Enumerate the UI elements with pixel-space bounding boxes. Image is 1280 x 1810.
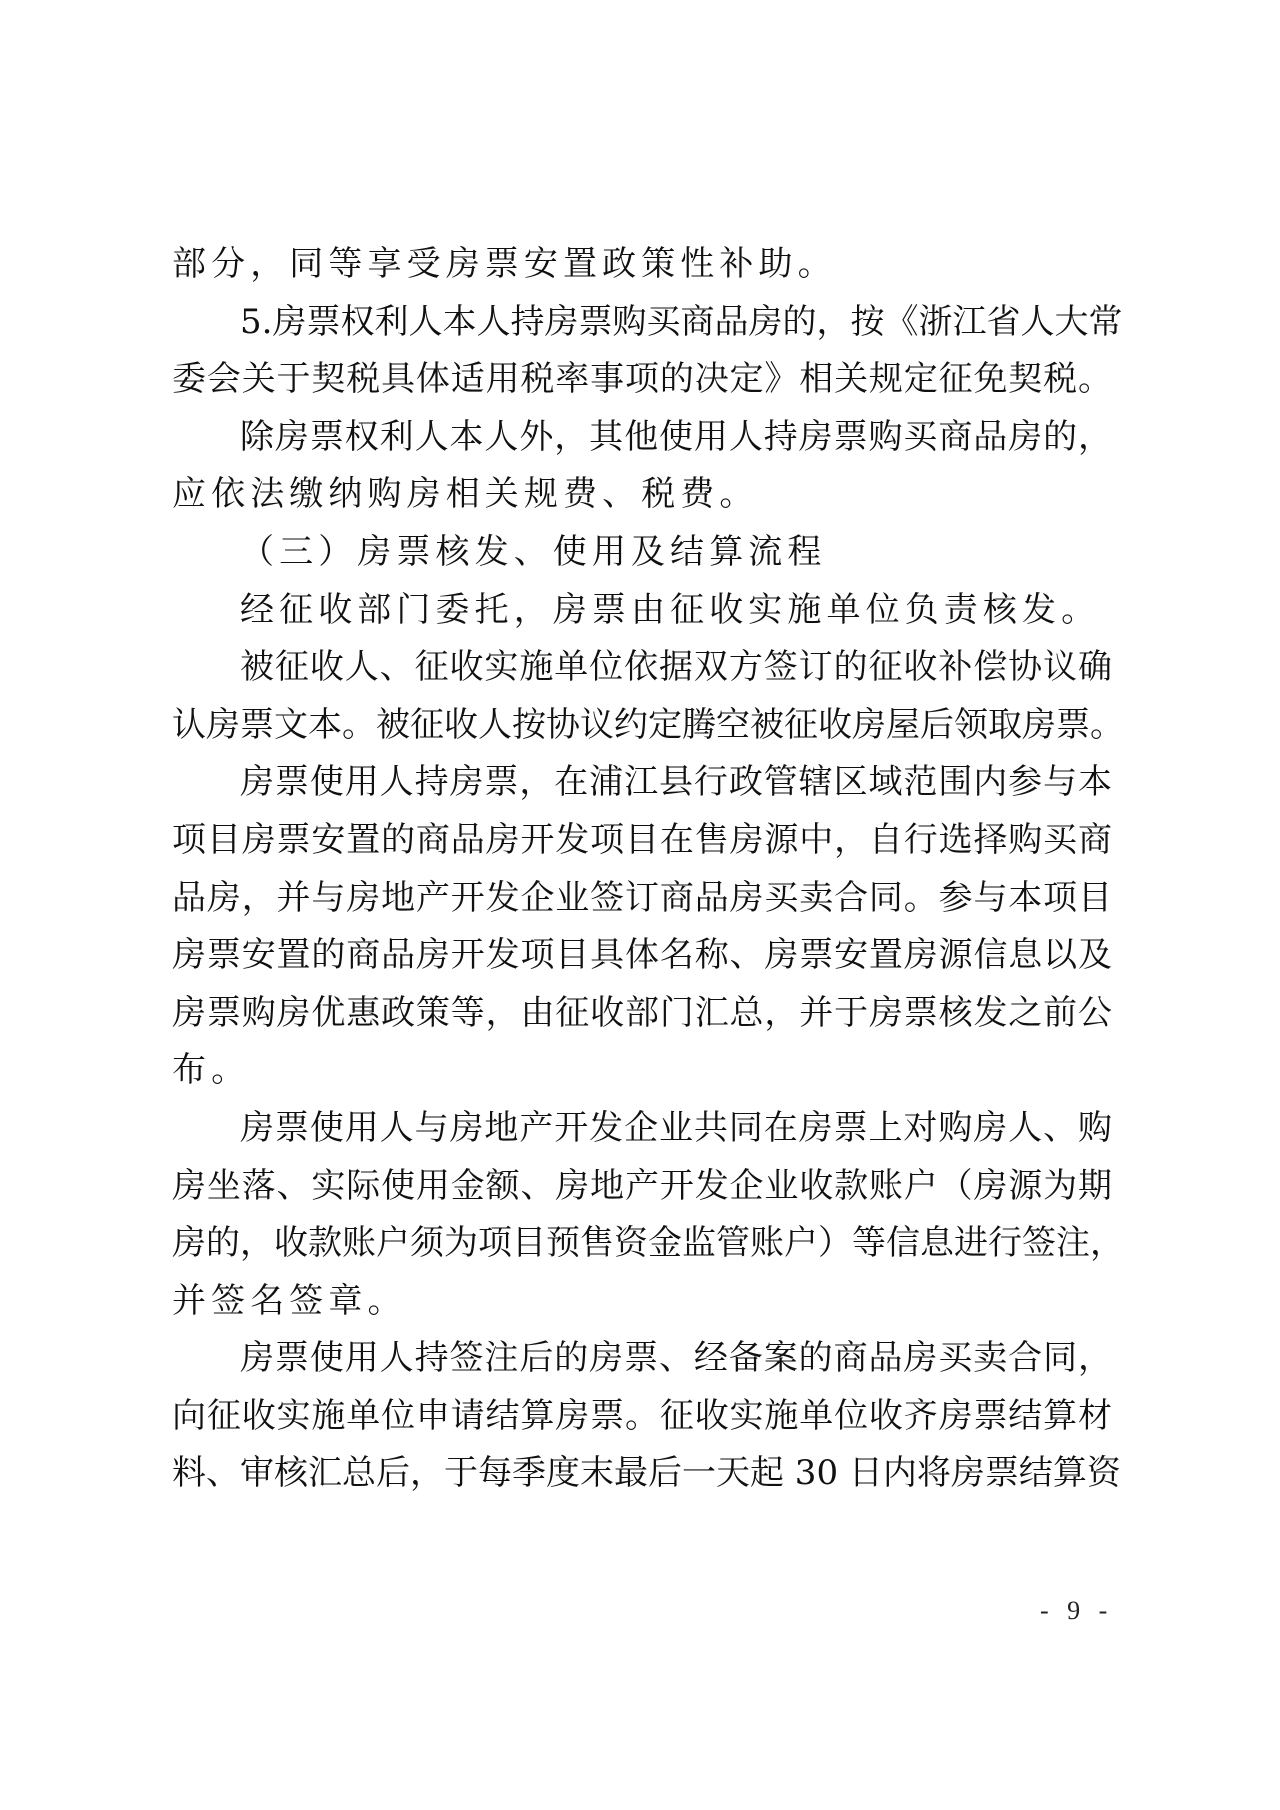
section-heading: （三）房票核发、使用及结算流程 <box>172 524 1112 582</box>
text-line-4: 除房票权利人本人外，其他使用人持房票购买商品房的， <box>172 409 1112 467</box>
text-line-11: 项目房票安置的商品房开发项目在售房源中，自行选择购买商 <box>172 812 1112 870</box>
text-line-17: 房坐落、实际使用金额、房地产开发企业收款账户（房源为期 <box>172 1158 1112 1216</box>
text-line-14: 房票购房优惠政策等，由征收部门汇总，并于房票核发之前公 <box>172 985 1112 1043</box>
text-line-10: 房票使用人持房票，在浦江县行政管辖区域范围内参与本 <box>172 754 1112 812</box>
text-line-1: 部分，同等享受房票安置政策性补助。 <box>172 236 1112 294</box>
text-line-21: 向征收实施单位申请结算房票。征收实施单位收齐房票结算材 <box>172 1388 1112 1446</box>
text-line-7: 经征收部门委托，房票由征收实施单位负责核发。 <box>172 582 1112 640</box>
text-line-19: 并签名签章。 <box>172 1273 1112 1331</box>
text-line-20: 房票使用人持签注后的房票、经备案的商品房买卖合同， <box>172 1330 1112 1388</box>
text-line-16: 房票使用人与房地产开发企业共同在房票上对购房人、购 <box>172 1100 1112 1158</box>
text-line-8: 被征收人、征收实施单位依据双方签订的征收补偿协议确 <box>172 639 1112 697</box>
page-number: - 9 - <box>1040 1596 1113 1626</box>
text-line-3: 委会关于契税具体适用税率事项的决定》相关规定征免契税。 <box>172 351 1112 409</box>
text-line-15: 布。 <box>172 1042 1112 1100</box>
text-line-5: 应依法缴纳购房相关规费、税费。 <box>172 466 1112 524</box>
text-line-18: 房的，收款账户须为项目预售资金监管账户）等信息进行签注， <box>172 1215 1112 1273</box>
text-line-2: 5.房票权利人本人持房票购买商品房的，按《浙江省人大常 <box>172 294 1112 352</box>
text-line-9: 认房票文本。被征收人按协议约定腾空被征收房屋后领取房票。 <box>172 697 1112 755</box>
text-line-13: 房票安置的商品房开发项目具体名称、房票安置房源信息以及 <box>172 927 1112 985</box>
document-body: 部分，同等享受房票安置政策性补助。 5.房票权利人本人持房票购买商品房的，按《浙… <box>172 236 1112 1503</box>
text-line-22: 料、审核汇总后，于每季度末最后一天起 30 日内将房票结算资 <box>172 1445 1112 1503</box>
text-line-12: 品房，并与房地产开发企业签订商品房买卖合同。参与本项目 <box>172 870 1112 928</box>
